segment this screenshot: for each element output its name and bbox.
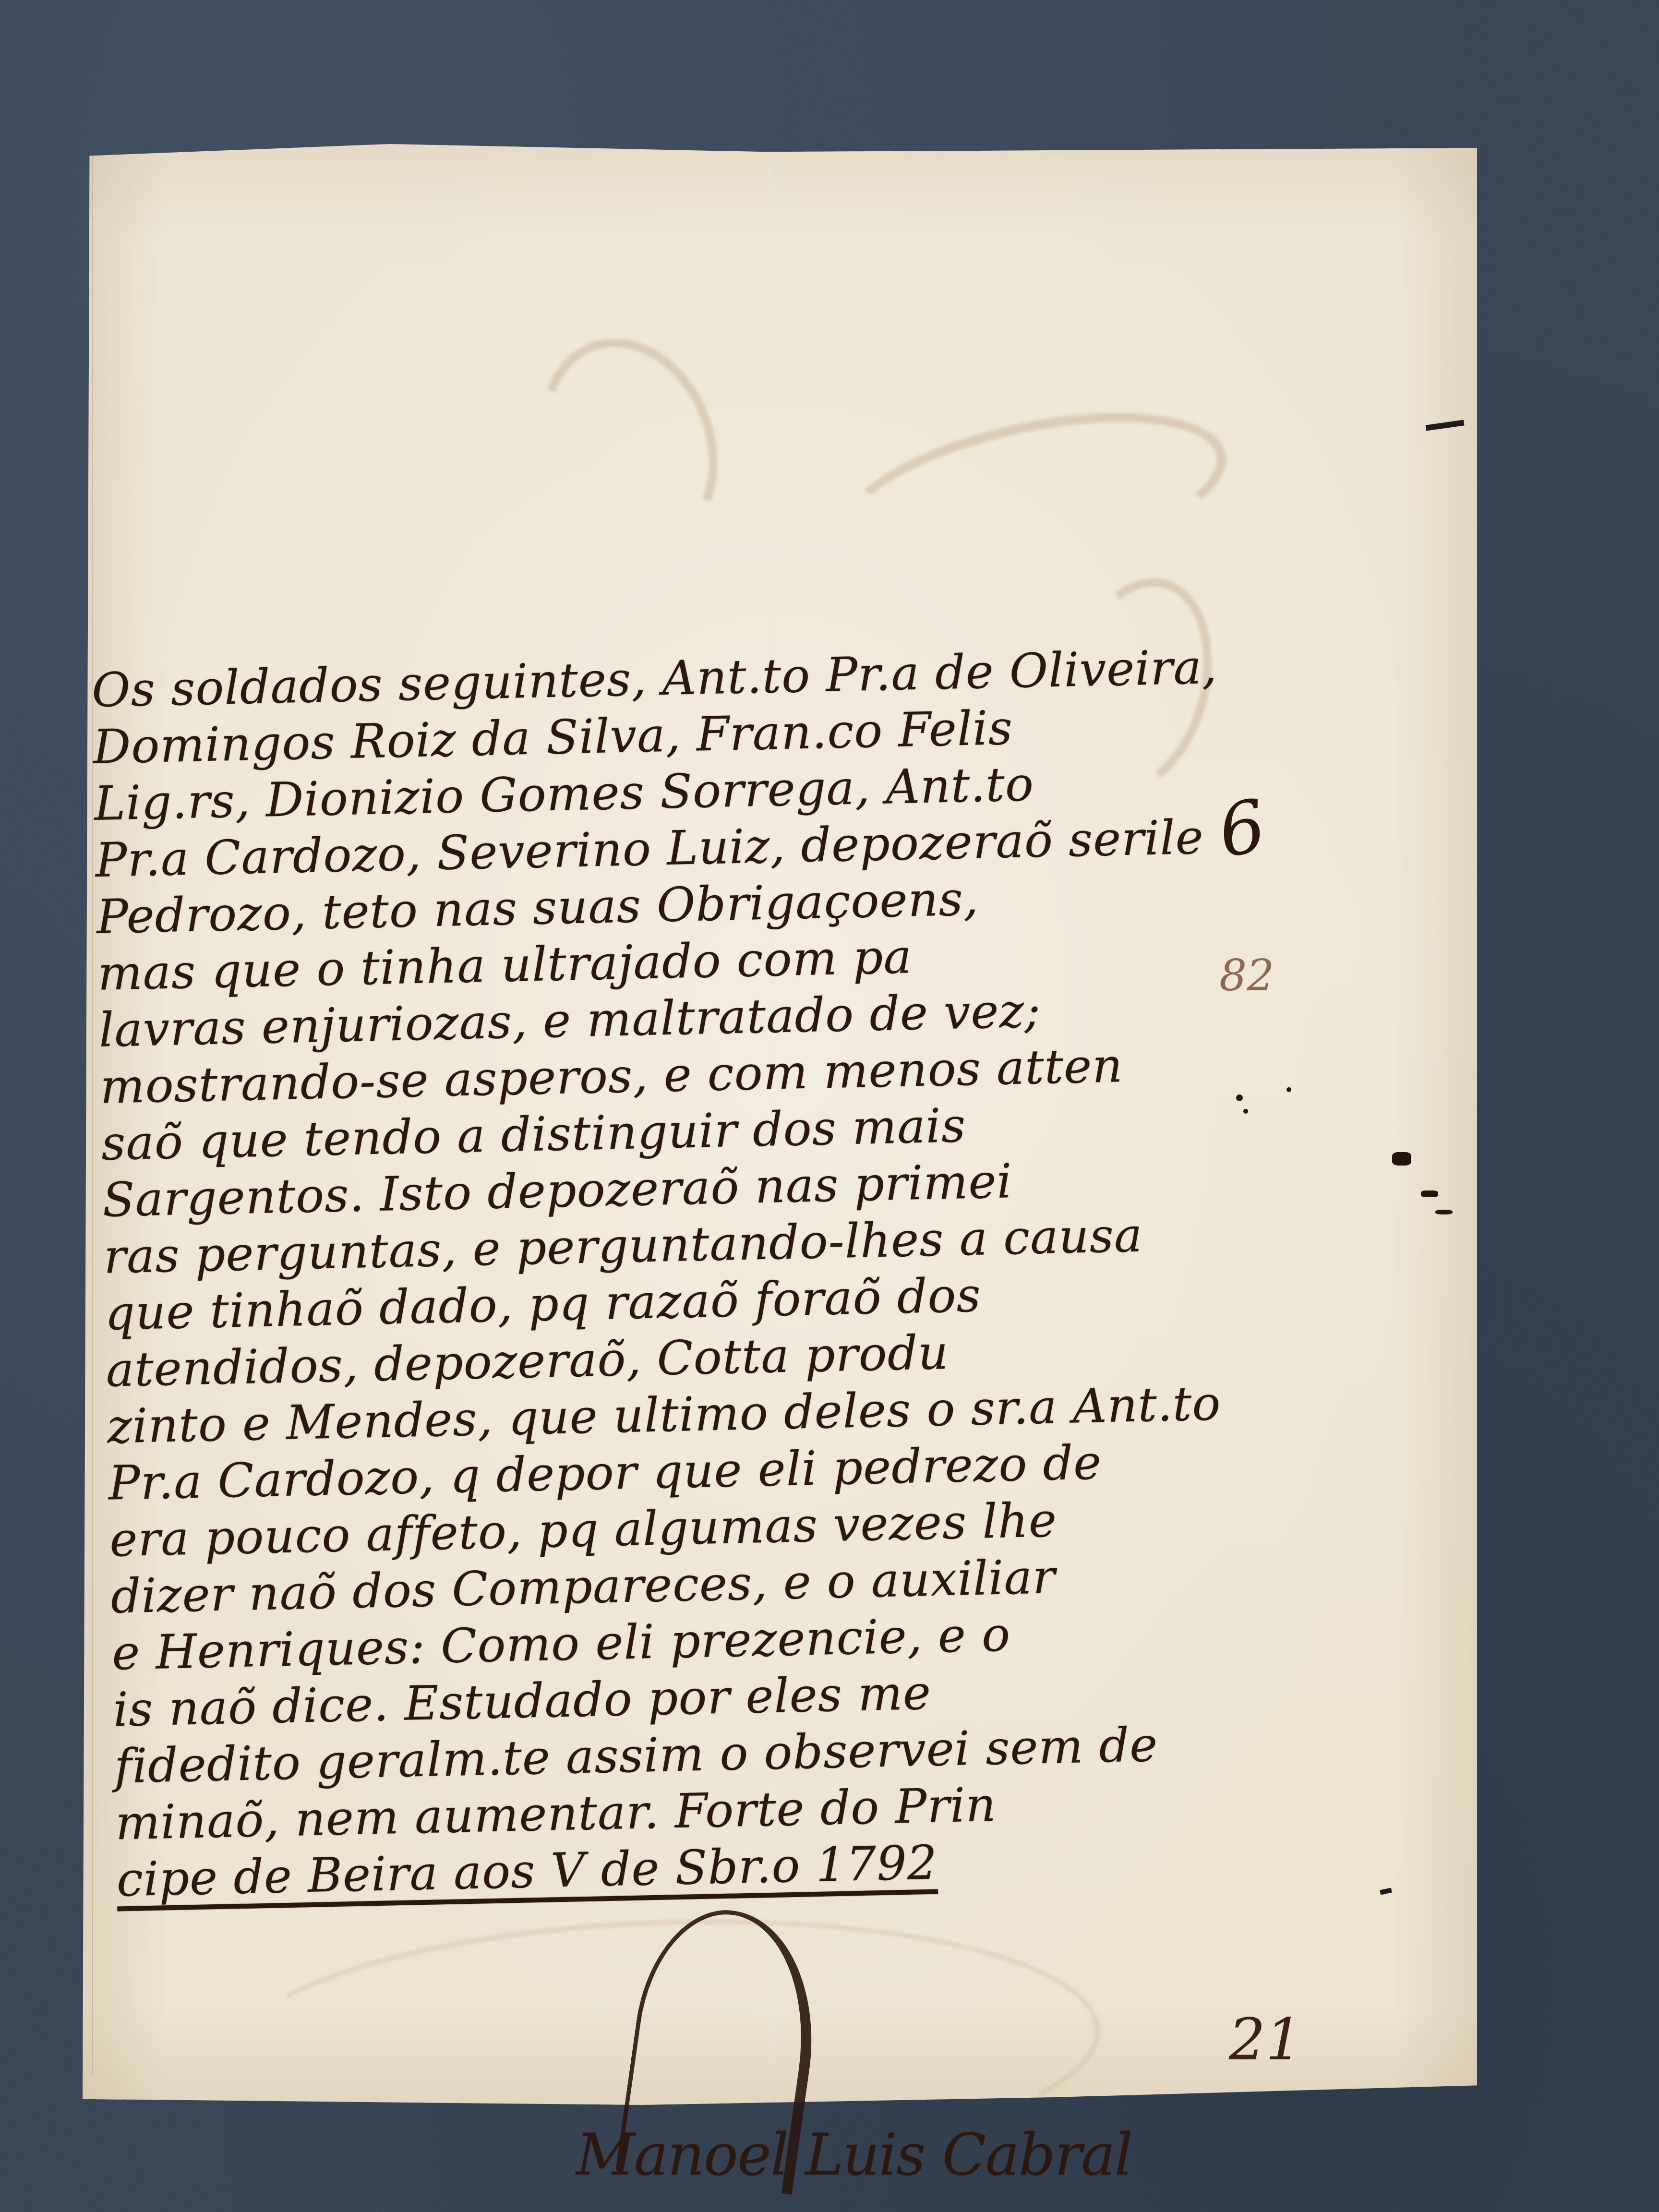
ink-spot xyxy=(1286,1087,1291,1092)
margin-note: 21 xyxy=(1229,2007,1302,2073)
bleed-through-stroke xyxy=(511,313,746,577)
page-edge-line xyxy=(92,154,93,2075)
ink-spot xyxy=(1243,1109,1248,1114)
manuscript-body: Os soldados seguintes, Ant.to Pr.a de Ol… xyxy=(91,640,1197,1909)
ink-spot xyxy=(1421,1190,1438,1197)
ink-spot xyxy=(1435,1210,1453,1214)
bleed-through-stroke xyxy=(826,383,1240,606)
ink-spot xyxy=(1236,1094,1243,1101)
margin-note: 82 xyxy=(1219,950,1274,1001)
ink-spot xyxy=(1392,1152,1411,1166)
signature: Manoel Luis Cabral xyxy=(576,2122,1132,2188)
